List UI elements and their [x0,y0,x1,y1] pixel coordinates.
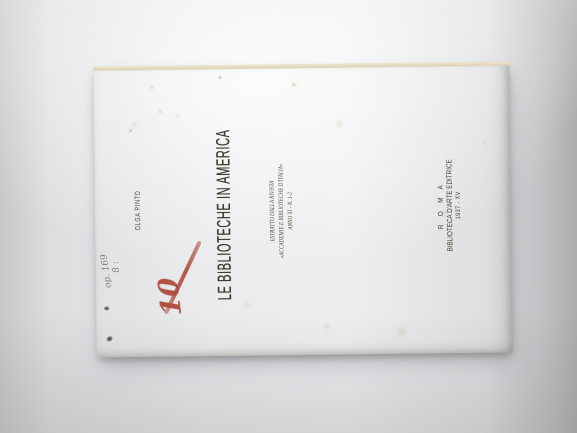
series-note-line-3: ANNO XI - N. 1-2 [285,164,295,259]
foxing-spots [93,67,94,68]
pencil-annotation-lines: op. 169 8 : [100,252,124,288]
book-title-text: LE BIBLIOTECHE IN AMERICA [213,129,237,300]
ink-speck [106,336,113,342]
imprint-year: 1937 - XV [453,159,463,251]
book-title: LE BIBLIOTECHE IN AMERICA [213,87,236,343]
red-crayon-price-mark: 10 [150,275,189,319]
series-note-lines: ESTRATTO DALLA RIVISTA «ACCADEMIE E BIBL… [267,164,295,259]
page-edge [93,61,509,71]
imprint-lines: R O M A BIBLIOTECA D'ARTE EDITRICE 1937 … [435,159,463,251]
author-name-text: OLGA PINTO [132,190,141,230]
series-note: ESTRATTO DALLA RIVISTA «ACCADEMIE E BIBL… [265,146,297,276]
pencil-annotation: op. 169 8 : [96,241,127,300]
ink-speck [104,306,110,311]
photo-background: OLGA PINTO LE BIBLIOTECHE IN AMERICA EST… [0,0,577,433]
pencil-annotation-line-2: 8 : [109,252,122,273]
book-cover: OLGA PINTO LE BIBLIOTECHE IN AMERICA EST… [93,61,513,357]
imprint-block: R O M A BIBLIOTECA D'ARTE EDITRICE 1937 … [429,140,469,270]
author-name: OLGA PINTO [130,164,143,256]
